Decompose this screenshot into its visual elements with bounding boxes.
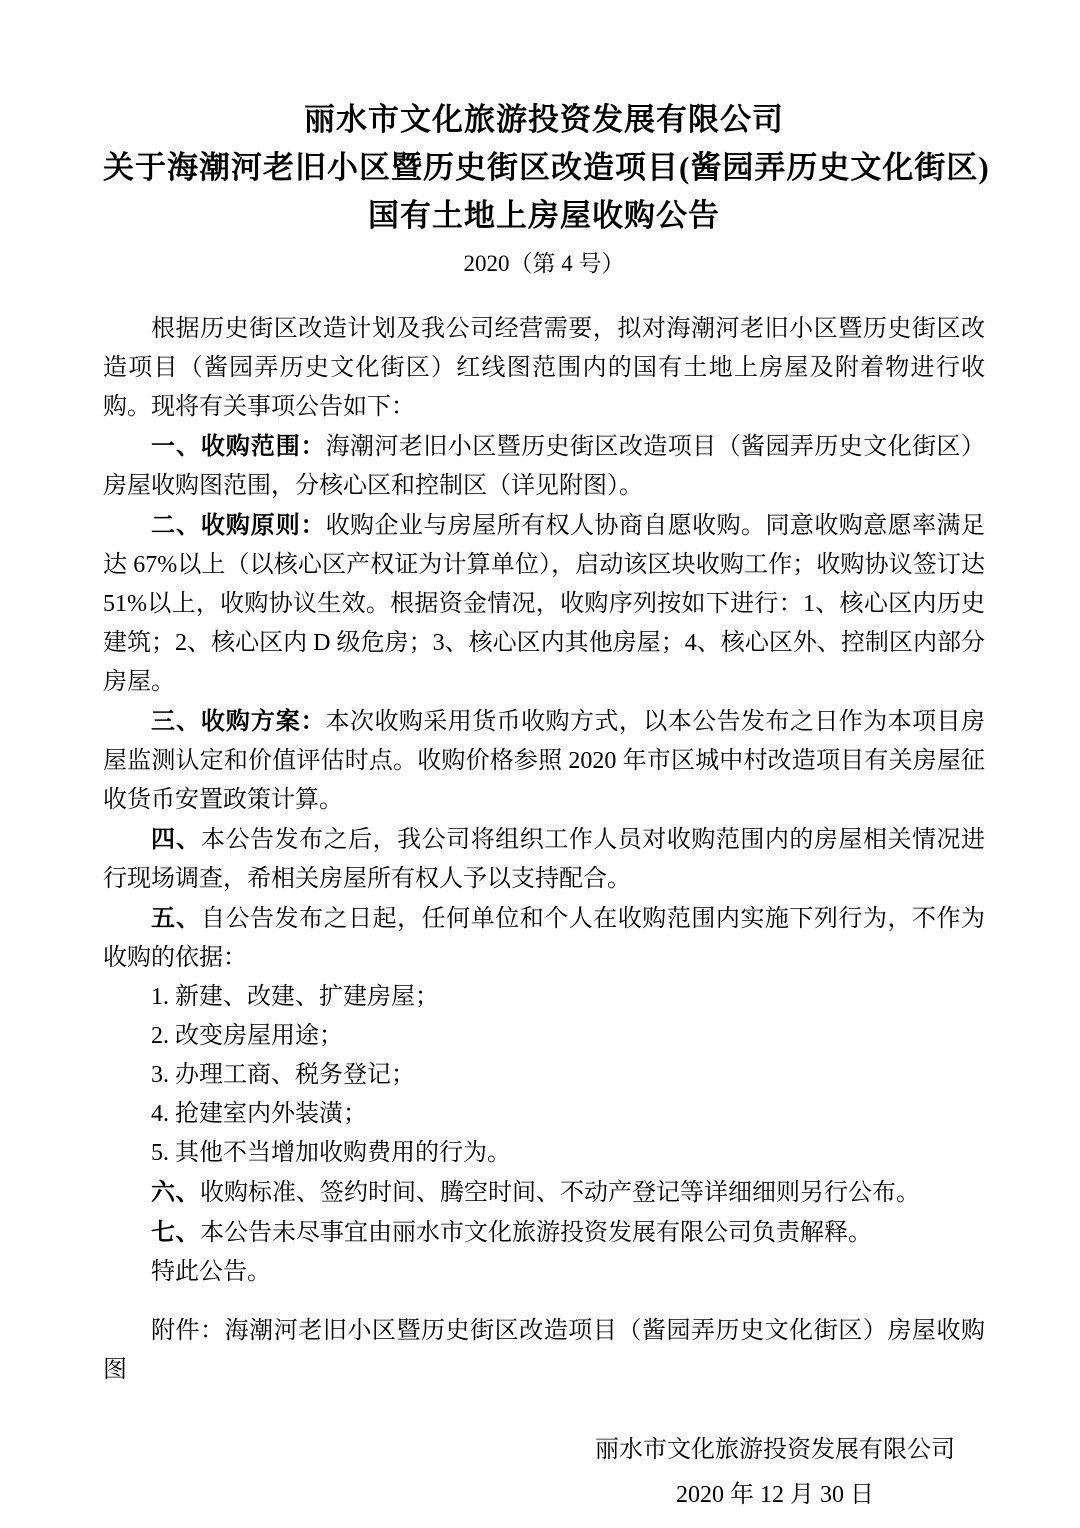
list-item-1: 1. 新建、改建、扩建房屋； — [103, 978, 985, 1017]
section-6-heading: 六、 — [151, 1179, 200, 1206]
section-1-heading: 一、收购范围： — [151, 433, 326, 460]
signature-block: 丽水市文化旅游投资发展有限公司 2020 年 12 月 30 日 — [595, 1428, 955, 1518]
section-6-details: 六、收购标准、签约时间、腾空时间、不动产登记等详细细则另行公布。 — [103, 1173, 985, 1213]
list-item-3: 3. 办理工商、税务登记； — [103, 1056, 985, 1095]
section-7-text: 本公告未尽事宜由丽水市文化旅游投资发展有限公司负责解释。 — [200, 1220, 872, 1246]
section-2-principles: 二、收购原则：收购企业与房屋所有权人协商自愿收购。同意收购意愿率满足达 67%以… — [103, 506, 985, 702]
announcement-title: 丽水市文化旅游投资发展有限公司 关于海潮河老旧小区暨历史街区改造项目(酱园弄历史… — [103, 96, 985, 240]
section-7-heading: 七、 — [151, 1219, 200, 1246]
section-2-text: 收购企业与房屋所有权人协商自愿收购。同意收购意愿率满足达 67%以上（以核心区产… — [103, 513, 985, 695]
section-4-survey: 四、本公告发布之后，我公司将组织工作人员对收购范围内的房屋相关情况进行现场调查，… — [103, 820, 985, 899]
section-5-heading: 五、 — [151, 905, 201, 932]
signature-date: 2020 年 12 月 30 日 — [595, 1473, 955, 1518]
title-line-project: 关于海潮河老旧小区暨历史街区改造项目(酱园弄历史文化街区) — [103, 144, 985, 192]
section-1-scope: 一、收购范围：海潮河老旧小区暨历史街区改造项目（酱园弄历史文化街区）房屋收购图范… — [103, 427, 985, 506]
section-5-text: 自公告发布之日起，任何单位和个人在收购范围内实施下列行为，不作为收购的依据： — [103, 906, 985, 971]
section-7-interpretation: 七、本公告未尽事宜由丽水市文化旅游投资发展有限公司负责解释。 — [103, 1213, 985, 1253]
document-number: 2020（第 4 号） — [103, 244, 985, 284]
section-6-text: 收购标准、签约时间、腾空时间、不动产登记等详细细则另行公布。 — [200, 1180, 920, 1206]
attachment-note: 附件：海潮河老旧小区暨历史街区改造项目（酱园弄历史文化街区）房屋收购图 — [103, 1312, 985, 1390]
signature-company: 丽水市文化旅游投资发展有限公司 — [595, 1428, 955, 1473]
section-2-heading: 二、收购原则： — [151, 512, 326, 539]
intro-paragraph: 根据历史街区改造计划及我公司经营需要，拟对海潮河老旧小区暨历史街区改造项目（酱园… — [103, 310, 985, 427]
section-4-heading: 四、 — [151, 826, 201, 853]
section-4-text: 本公告发布之后，我公司将组织工作人员对收购范围内的房屋相关情况进行现场调查，希相… — [103, 827, 985, 892]
section-5-prohibited: 五、自公告发布之日起，任何单位和个人在收购范围内实施下列行为，不作为收购的依据： — [103, 899, 985, 978]
closing-statement: 特此公告。 — [103, 1253, 985, 1292]
announcement-document-page: 丽水市文化旅游投资发展有限公司 关于海潮河老旧小区暨历史街区改造项目(酱园弄历史… — [0, 0, 1080, 1528]
title-line-company: 丽水市文化旅游投资发展有限公司 — [103, 96, 985, 144]
section-3-heading: 三、收购方案： — [151, 708, 326, 735]
announcement-body: 根据历史街区改造计划及我公司经营需要，拟对海潮河老旧小区暨历史街区改造项目（酱园… — [103, 310, 985, 1390]
section-3-plan: 三、收购方案：本次收购采用货币收购方式，以本公告发布之日作为本项目房屋监测认定和… — [103, 702, 985, 820]
list-item-4: 4. 抢建室内外装潢； — [103, 1095, 985, 1134]
title-line-subject: 国有土地上房屋收购公告 — [103, 192, 985, 240]
list-item-5: 5. 其他不当增加收购费用的行为。 — [103, 1134, 985, 1173]
list-item-2: 2. 改变房屋用途； — [103, 1017, 985, 1056]
